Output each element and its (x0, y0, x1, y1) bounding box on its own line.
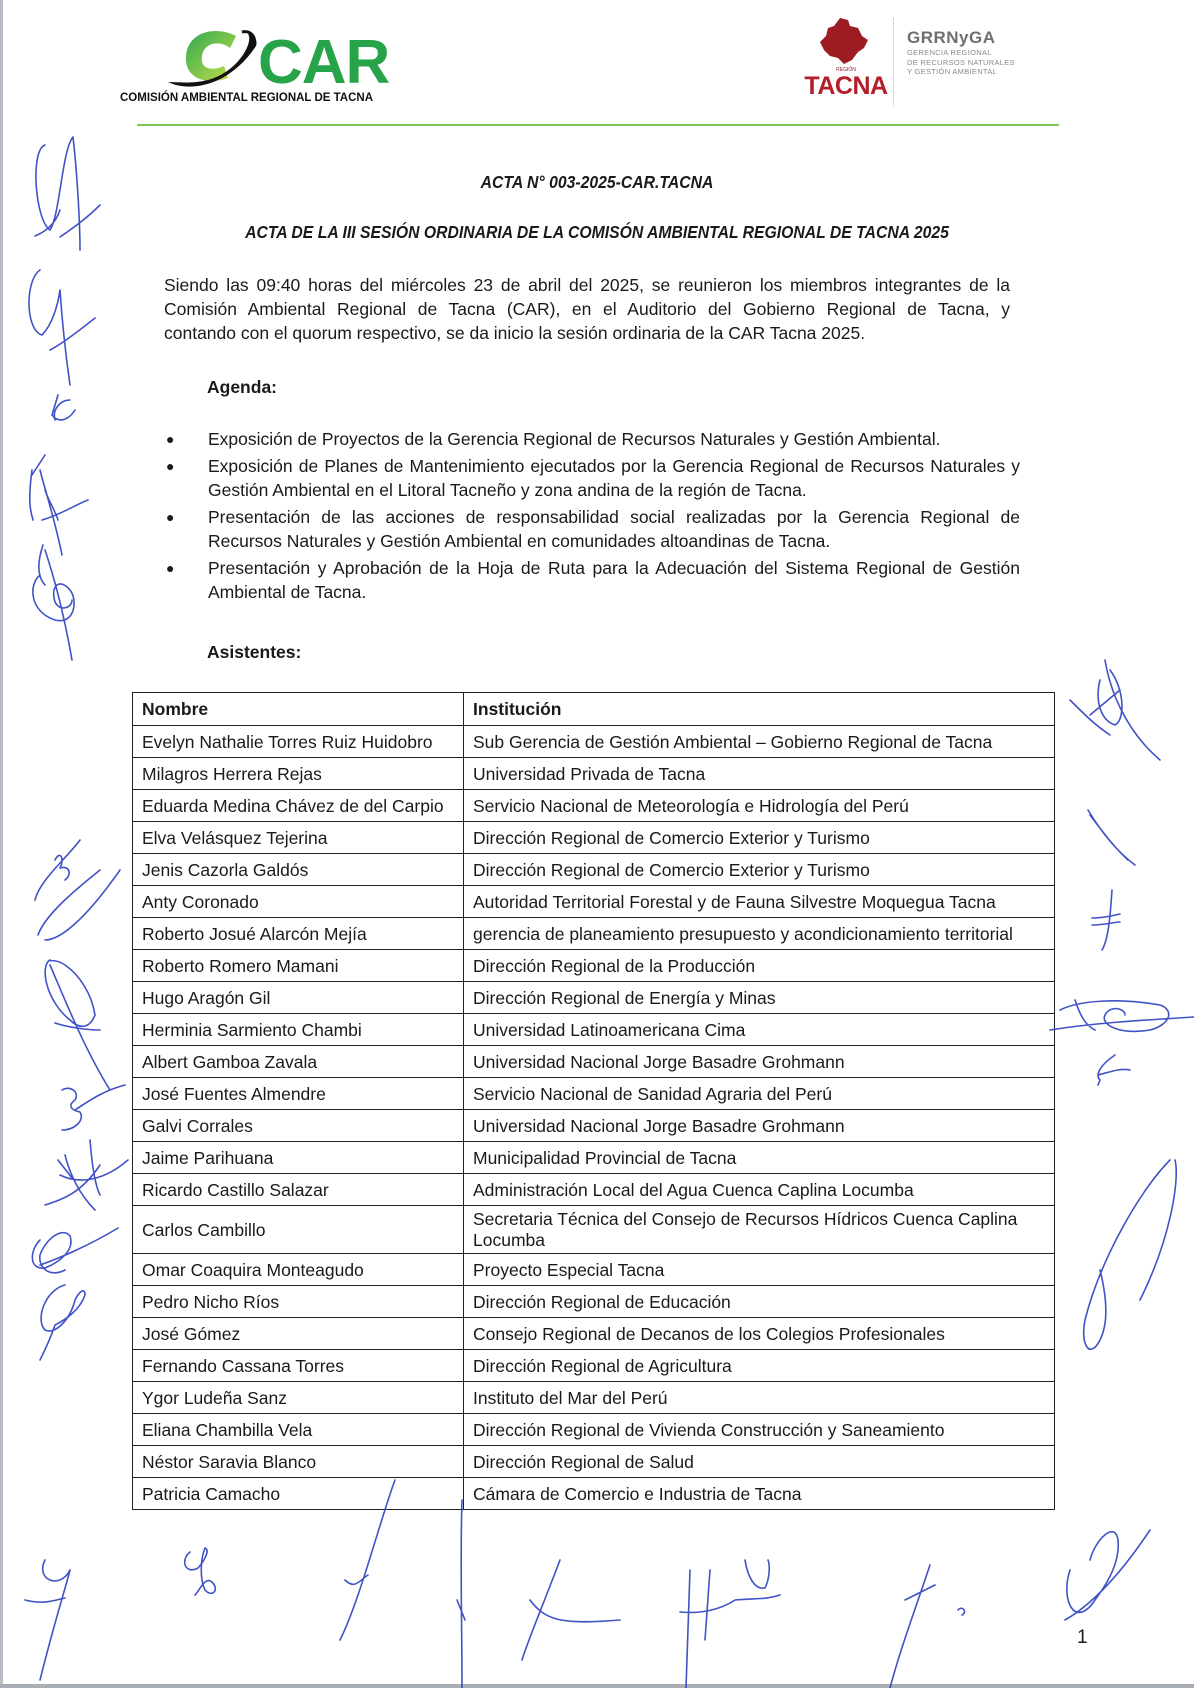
tacna-region-map-icon (818, 16, 870, 66)
document-title: ACTA DE LA III SESIÓN ORDINARIA DE LA CO… (60, 222, 1135, 243)
attendee-name: Roberto Josué Alarcón Mejía (133, 918, 464, 950)
signature-icon (185, 1548, 216, 1595)
signature-icon (457, 1500, 465, 1688)
attendee-name: José Fuentes Almendre (133, 1078, 464, 1110)
attendee-institution: Instituto del Mar del Perú (464, 1382, 1055, 1414)
agenda-item-text: Presentación y Aprobación de la Hoja de … (208, 558, 1020, 602)
signature-icon (35, 840, 120, 940)
attendee-institution: Dirección Regional de Comercio Exterior … (464, 822, 1055, 854)
attendee-name: Milagros Herrera Rejas (133, 758, 464, 790)
signature-icon (32, 1228, 118, 1273)
agenda-item: ● Exposición de Proyectos de la Gerencia… (160, 427, 1020, 451)
attendee-institution: Autoridad Territorial Forestal y de Faun… (464, 886, 1055, 918)
attendee-institution: Consejo Regional de Decanos de los Coleg… (464, 1318, 1055, 1350)
intro-line: Siendo las 09:40 horas del miércoles 23 … (164, 273, 1010, 297)
agenda-item: ● Presentación y Aprobación de la Hoja d… (160, 556, 1020, 604)
signature-icon (45, 1140, 128, 1210)
car-subtitle: COMISIÓN AMBIENTAL REGIONAL DE TACNA (120, 92, 373, 104)
signature-icon (62, 1085, 125, 1130)
page-number: 1 (1077, 1627, 1088, 1649)
attendee-name: Fernando Cassana Torres (133, 1350, 464, 1382)
bullet-icon: ● (166, 556, 174, 580)
attendee-name: Eliana Chambilla Vela (133, 1414, 464, 1446)
attendee-name: Jaime Parihuana (133, 1142, 464, 1174)
attendee-institution: gerencia de planeamiento presupuesto y a… (464, 918, 1055, 950)
agenda-heading: Agenda: (207, 377, 277, 398)
attendee-institution: Secretaria Técnica del Consejo de Recurs… (464, 1206, 1055, 1254)
bullet-icon: ● (166, 427, 174, 451)
agenda-item: ● Presentación de las acciones de respon… (160, 505, 1020, 553)
signature-icon (29, 270, 95, 420)
intro-paragraph: Siendo las 09:40 horas del miércoles 23 … (164, 273, 1010, 345)
signature-icon (1070, 660, 1160, 760)
attendee-name: Jenis Cazorla Galdós (133, 854, 464, 886)
attendee-institution: Universidad Privada de Tacna (464, 758, 1055, 790)
table-row: Jenis Cazorla GaldósDirección Regional d… (133, 854, 1055, 886)
car-logo: CAR COMISIÓN AMBIENTAL REGIONAL DE TACNA (120, 20, 410, 110)
attendee-institution: Universidad Nacional Jorge Basadre Grohm… (464, 1110, 1055, 1142)
car-letters: CAR (258, 32, 389, 94)
table-row: Carlos CambilloSecretaria Técnica del Co… (133, 1206, 1055, 1254)
attendee-name: Patricia Camacho (133, 1478, 464, 1510)
attendee-institution: Municipalidad Provincial de Tacna (464, 1142, 1055, 1174)
attendee-name: Evelyn Nathalie Torres Ruiz Huidobro (133, 726, 464, 758)
table-row: Fernando Cassana TorresDirección Regiona… (133, 1350, 1055, 1382)
attendee-institution: Dirección Regional de Comercio Exterior … (464, 854, 1055, 886)
table-row: Jaime ParihuanaMunicipalidad Provincial … (133, 1142, 1055, 1174)
attendees-heading: Asistentes: (207, 642, 301, 663)
bullet-icon: ● (166, 505, 174, 529)
table-row: Evelyn Nathalie Torres Ruiz HuidobroSub … (133, 726, 1055, 758)
signature-icon (45, 960, 110, 1090)
attendee-name: Ygor Ludeña Sanz (133, 1382, 464, 1414)
attendee-institution: Dirección Regional de la Producción (464, 950, 1055, 982)
attendee-name: Hugo Aragón Gil (133, 982, 464, 1014)
table-row: Roberto Romero MamaniDirección Regional … (133, 950, 1055, 982)
signature-icon (680, 1560, 780, 1688)
attendee-name: José Gómez (133, 1318, 464, 1350)
attendee-institution: Dirección Regional de Vivienda Construcc… (464, 1414, 1055, 1446)
document-number: ACTA N° 003-2025-CAR.TACNA (60, 172, 1135, 193)
table-row: Pedro Nicho RíosDirección Regional de Ed… (133, 1286, 1055, 1318)
attendee-name: Néstor Saravia Blanco (133, 1446, 464, 1478)
table-row: Galvi CorralesUniversidad Nacional Jorge… (133, 1110, 1055, 1142)
column-header-institution: Institución (464, 693, 1055, 726)
attendee-institution: Sub Gerencia de Gestión Ambiental – Gobi… (464, 726, 1055, 758)
table-row: Néstor Saravia BlancoDirección Regional … (133, 1446, 1055, 1478)
attendee-name: Elva Velásquez Tejerina (133, 822, 464, 854)
signature-icon (33, 545, 74, 660)
attendee-institution: Cámara de Comercio e Industria de Tacna (464, 1478, 1055, 1510)
table-row: Ricardo Castillo SalazarAdministración L… (133, 1174, 1055, 1206)
attendee-institution: Proyecto Especial Tacna (464, 1254, 1055, 1286)
car-swoosh-icon (158, 26, 268, 96)
attendee-institution: Universidad Latinoamericana Cima (464, 1014, 1055, 1046)
attendee-name: Anty Coronado (133, 886, 464, 918)
attendees-table-body: Evelyn Nathalie Torres Ruiz HuidobroSub … (133, 726, 1055, 1510)
signature-icon (30, 455, 88, 555)
table-row: Milagros Herrera RejasUniversidad Privad… (133, 758, 1055, 790)
attendee-name: Eduarda Medina Chávez de del Carpio (133, 790, 464, 822)
signature-icon (1088, 810, 1135, 865)
attendee-institution: Dirección Regional de Salud (464, 1446, 1055, 1478)
table-row: Roberto Josué Alarcón Mejíagerencia de p… (133, 918, 1055, 950)
table-row: Herminia Sarmiento ChambiUniversidad Lat… (133, 1014, 1055, 1046)
agenda-item-text: Exposición de Proyectos de la Gerencia R… (208, 429, 940, 449)
agenda-item-text: Presentación de las acciones de responsa… (208, 507, 1020, 551)
scan-edge-left (0, 0, 3, 1688)
signature-icon (1098, 1055, 1130, 1085)
grrnyga-name-line: Y GESTIÓN AMBIENTAL (907, 67, 1015, 77)
table-row: Patricia CamachoCámara de Comercio e Ind… (133, 1478, 1055, 1510)
tacna-logo: REGIÓN TACNA (800, 16, 895, 106)
table-header-row: Nombre Institución (133, 693, 1055, 726)
attendee-name: Galvi Corrales (133, 1110, 464, 1142)
attendee-institution: Servicio Nacional de Meteorología e Hidr… (464, 790, 1055, 822)
attendee-institution: Dirección Regional de Agricultura (464, 1350, 1055, 1382)
attendee-name: Pedro Nicho Ríos (133, 1286, 464, 1318)
attendee-name: Albert Gamboa Zavala (133, 1046, 464, 1078)
grrnyga-logo: GRRNyGA GERENCIA REGIONAL DE RECURSOS NA… (907, 28, 1015, 77)
table-row: Omar Coaquira MonteagudoProyecto Especia… (133, 1254, 1055, 1286)
grrnyga-name-line: DE RECURSOS NATURALES (907, 58, 1015, 68)
attendee-institution: Dirección Regional de Energía y Minas (464, 982, 1055, 1014)
scan-edge-bottom (0, 1684, 1194, 1688)
table-row: Hugo Aragón GilDirección Regional de Ene… (133, 982, 1055, 1014)
table-row: Ygor Ludeña SanzInstituto del Mar del Pe… (133, 1382, 1055, 1414)
signature-icon (1084, 1160, 1177, 1349)
column-header-name: Nombre (133, 693, 464, 726)
attendee-name: Ricardo Castillo Salazar (133, 1174, 464, 1206)
signature-icon (1050, 1000, 1194, 1031)
signature-icon (1065, 1530, 1150, 1620)
agenda-item-text: Exposición de Planes de Mantenimiento ej… (208, 456, 1020, 500)
signature-icon (890, 1565, 965, 1688)
table-row: Eduarda Medina Chávez de del CarpioServi… (133, 790, 1055, 822)
table-row: Anty CoronadoAutoridad Territorial Fores… (133, 886, 1055, 918)
table-row: José GómezConsejo Regional de Decanos de… (133, 1318, 1055, 1350)
header-divider (893, 18, 894, 106)
table-row: Elva Velásquez TejerinaDirección Regiona… (133, 822, 1055, 854)
attendee-name: Herminia Sarmiento Chambi (133, 1014, 464, 1046)
table-row: Eliana Chambilla VelaDirección Regional … (133, 1414, 1055, 1446)
header-rule (137, 124, 1059, 126)
agenda-item: ● Exposición de Planes de Mantenimiento … (160, 454, 1020, 502)
intro-line: contando con el quorum respectivo, se da… (164, 321, 1010, 345)
tacna-wordmark: TACNA (800, 72, 892, 101)
attendee-name: Omar Coaquira Monteagudo (133, 1254, 464, 1286)
attendee-name: Roberto Romero Mamani (133, 950, 464, 982)
attendee-institution: Servicio Nacional de Sanidad Agraria del… (464, 1078, 1055, 1110)
attendee-institution: Dirección Regional de Educación (464, 1286, 1055, 1318)
agenda-list: ● Exposición de Proyectos de la Gerencia… (160, 427, 1020, 607)
grrnyga-acronym: GRRNyGA (907, 28, 1015, 48)
attendee-institution: Administración Local del Agua Cuenca Cap… (464, 1174, 1055, 1206)
table-row: José Fuentes AlmendreServicio Nacional d… (133, 1078, 1055, 1110)
intro-line: Comisión Ambiental Regional de Tacna (CA… (164, 297, 1010, 321)
signature-icon (522, 1560, 620, 1660)
table-row: Albert Gamboa ZavalaUniversidad Nacional… (133, 1046, 1055, 1078)
signature-icon (40, 1285, 85, 1360)
signature-icon (1092, 890, 1120, 950)
attendees-table: Nombre Institución Evelyn Nathalie Torre… (132, 692, 1055, 1510)
attendee-institution: Universidad Nacional Jorge Basadre Grohm… (464, 1046, 1055, 1078)
attendee-name: Carlos Cambillo (133, 1206, 464, 1254)
grrnyga-name-line: GERENCIA REGIONAL (907, 48, 1015, 58)
bullet-icon: ● (166, 454, 174, 478)
signature-icon (25, 1560, 70, 1680)
